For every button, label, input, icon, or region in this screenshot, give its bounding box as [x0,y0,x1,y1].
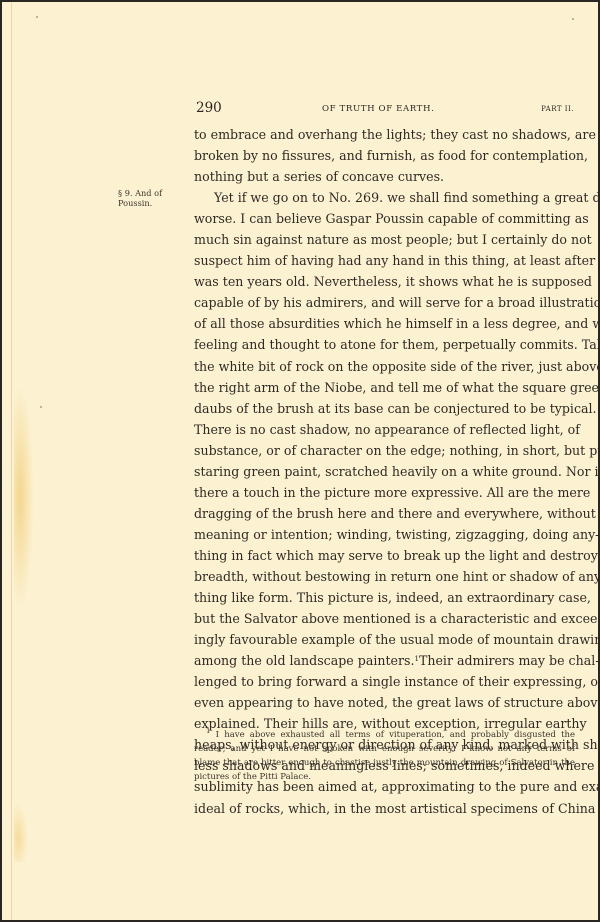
text-line: suspect him of having had any hand in th… [194,250,575,271]
footnote-line: 1 I have above exhausted all terms of vi… [194,729,575,743]
paper-stain [14,802,28,862]
text-line: there a touch in the picture more expres… [194,482,575,503]
scanned-page: 290 OF TRUTH OF EARTH. PART II. § 9. And… [2,2,598,920]
text-line: staring green paint, scratched heavily o… [194,461,575,482]
text-line: much sin against nature as most people; … [194,229,575,250]
text-line: the white bit of rock on the opposite si… [194,356,575,377]
footnote-line: blame that are bitter enough to chastise… [194,757,575,771]
text-line: capable of by his admirers, and will ser… [194,292,575,313]
text-line: was ten years old. Nevertheless, it show… [194,271,575,292]
text-line: worse. I can believe Gaspar Poussin capa… [194,208,575,229]
running-title: OF TRUTH OF EARTH. [322,104,434,114]
paragraph-start-line: Yet if we go on to No. 269. we shall fin… [194,187,575,208]
text-line: lenged to bring forward a single instanc… [194,671,575,692]
margin-note: § 9. And of Poussin. [118,188,188,208]
text-line: to embrace and overhang the lights; they… [194,124,575,145]
text-line: daubs of the brush at its base can be co… [194,398,575,419]
part-label: PART II. [541,105,574,113]
footnote-marker: 1 [206,727,210,735]
page-number: 290 [196,100,222,116]
text-line: ideal of rocks, which, in the most artis… [194,798,575,819]
text-line: the right arm of the Niobe, and tell me … [194,377,575,398]
text-line: There is no cast shadow, no appearance o… [194,419,575,440]
text-fragment: among the old landscape painters.1 [194,650,419,671]
text-line: meaning or intention; winding, twisting,… [194,524,575,545]
text-line: thing like form. This picture is, indeed… [194,587,575,608]
text-line: nothing but a series of concave curves. [194,166,575,187]
text-line-with-footnote-ref: among the old landscape painters.1 Their… [194,650,575,671]
running-header: 290 OF TRUTH OF EARTH. PART II. [196,102,574,118]
text-fragment: among the old landscape painters. [194,653,414,668]
body-text: to embrace and overhang the lights; they… [194,124,575,819]
text-line: of all those absurdities which he himsel… [194,313,575,334]
text-line: substance, or of character on the edge; … [194,440,575,461]
footnote-line: reader; and yet I have not spoken with e… [194,743,575,757]
text-line: ingly favourable example of the usual mo… [194,629,575,650]
paper-speck [572,18,574,20]
margin-note-line: § 9. And of [118,188,188,198]
text-fragment: Their admirers may be chal- [419,650,598,671]
paper-speck [40,406,42,408]
text-line: dragging of the brush here and there and… [194,503,575,524]
text-line: feeling and thought to atone for them, p… [194,334,575,355]
text-line: even appearing to have noted, the great … [194,692,575,713]
margin-note-line: Poussin. [118,198,188,208]
footnote-text: I have above exhausted all terms of vitu… [216,730,575,740]
text-line: breadth, without bestowing in return one… [194,566,575,587]
text-line: but the Salvator above mentioned is a ch… [194,608,575,629]
paper-stain [14,382,34,612]
footnote: 1 I have above exhausted all terms of vi… [194,729,575,785]
paper-speck [36,16,38,18]
page-fold-line [11,2,12,920]
footnote-line: pictures of the Pitti Palace. [194,771,575,785]
text-line: thing in fact which may serve to break u… [194,545,575,566]
text-line: broken by no fissures, and furnish, as f… [194,145,575,166]
